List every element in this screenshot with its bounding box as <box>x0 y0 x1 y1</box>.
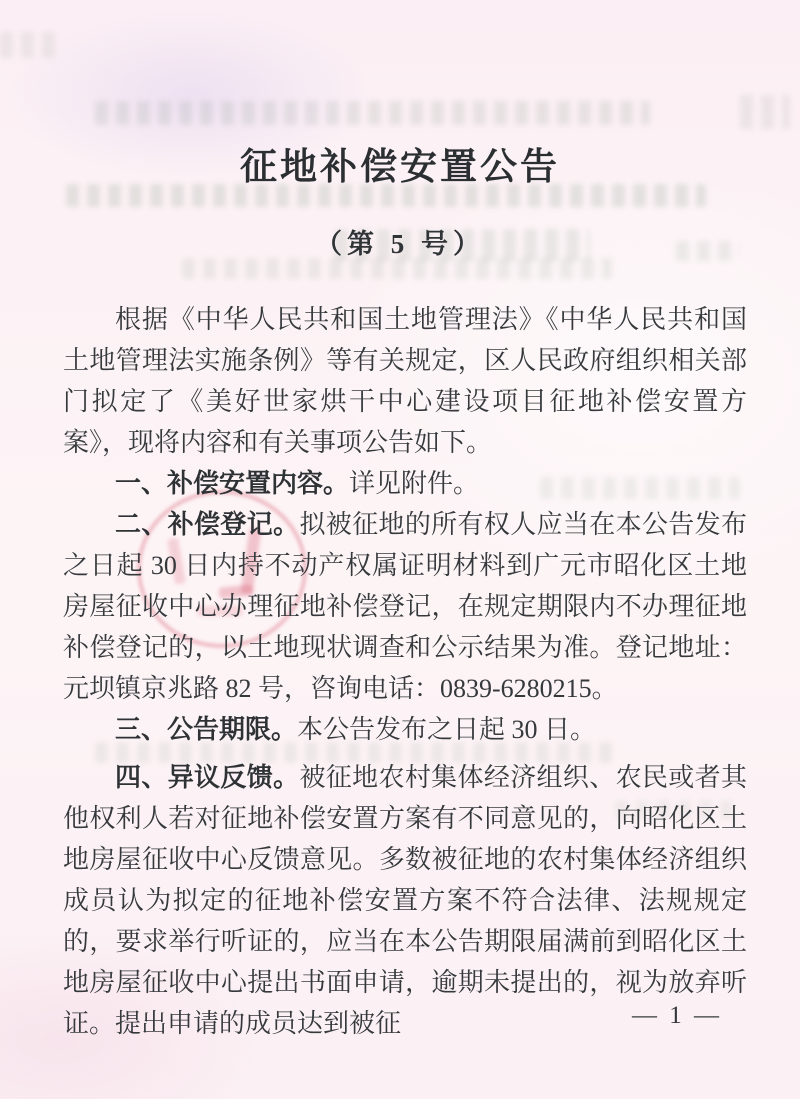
paragraph-section-1: 一、补偿安置内容。详见附件。 <box>63 463 747 504</box>
paragraph-section-2: 二、补偿登记。拟被征地的所有权人应当在本公告发布之日起 30 日内持不动产权属证… <box>63 504 747 709</box>
paragraph-text: 被征地农村集体经济组织、农民或者其他权利人若对征地补偿安置方案有不同意见的，向昭… <box>63 763 747 1038</box>
document-title: 征地补偿安置公告 <box>0 136 800 190</box>
bleedthrough-smudge <box>0 32 58 58</box>
paragraph-text: 本公告发布之日起 30 日。 <box>297 715 596 744</box>
paragraph-text: 根据《中华人民共和国土地管理法》《中华人民共和国土地管理法实施条例》等有关规定，… <box>63 305 747 457</box>
paragraph-text: 详见附件。 <box>349 469 479 498</box>
paragraph-intro: 根据《中华人民共和国土地管理法》《中华人民共和国土地管理法实施条例》等有关规定，… <box>63 299 747 463</box>
section-heading: 四、异议反馈。 <box>115 762 299 792</box>
bleedthrough-smudge <box>182 258 612 279</box>
paragraph-section-3: 三、公告期限。本公告发布之日起 30 日。 <box>63 709 747 750</box>
bleedthrough-smudge <box>95 101 650 125</box>
bleedthrough-smudge <box>740 95 790 129</box>
document-body: 根据《中华人民共和国土地管理法》《中华人民共和国土地管理法实施条例》等有关规定，… <box>63 299 747 1044</box>
section-heading: 三、公告期限。 <box>115 714 297 744</box>
section-heading: 二、补偿登记。 <box>115 509 299 539</box>
paragraph-section-4: 四、异议反馈。被征地农村集体经济组织、农民或者其他权利人若对征地补偿安置方案有不… <box>63 757 747 1044</box>
document-page: 征地补偿安置公告 （第 5 号） 根据《中华人民共和国土地管理法》《中华人民共和… <box>0 0 800 1099</box>
section-heading: 一、补偿安置内容。 <box>115 468 349 498</box>
issue-number: （第 5 号） <box>0 222 800 261</box>
page-number: — 1 — <box>632 1002 722 1030</box>
